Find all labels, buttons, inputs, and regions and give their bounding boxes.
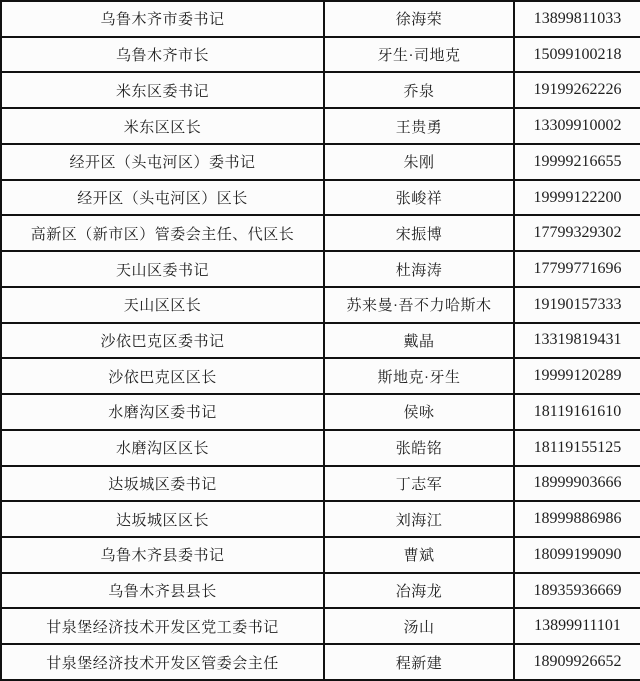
phone-cell: 13899911101 (514, 608, 640, 644)
name-cell: 汤山 (324, 608, 514, 644)
name-cell: 苏来曼·吾不力哈斯木 (324, 287, 514, 323)
position-cell: 沙依巴克区委书记 (1, 323, 324, 359)
table-row: 乌鲁木齐市委书记徐海荣13899811033 (1, 1, 640, 37)
position-cell: 米东区区长 (1, 108, 324, 144)
phone-cell: 13309910002 (514, 108, 640, 144)
position-cell: 天山区区长 (1, 287, 324, 323)
position-cell: 甘泉堡经济技术开发区管委会主任 (1, 644, 324, 680)
phone-cell: 18999886986 (514, 501, 640, 537)
table-row: 经开区（头屯河区）委书记朱刚19999216655 (1, 144, 640, 180)
name-cell: 宋振博 (324, 215, 514, 251)
phone-cell: 13899811033 (514, 1, 640, 37)
contact-table-body: 乌鲁木齐市委书记徐海荣13899811033乌鲁木齐市长牙生·司地克150991… (1, 1, 640, 680)
name-cell: 王贵勇 (324, 108, 514, 144)
name-cell: 斯地克·牙生 (324, 358, 514, 394)
name-cell: 冶海龙 (324, 573, 514, 609)
table-row: 经开区（头屯河区）区长张峻祥19999122200 (1, 180, 640, 216)
table-row: 天山区区长苏来曼·吾不力哈斯木19190157333 (1, 287, 640, 323)
phone-cell: 18099199090 (514, 537, 640, 573)
table-row: 达坂城区区长刘海江18999886986 (1, 501, 640, 537)
phone-cell: 15099100218 (514, 37, 640, 73)
table-row: 沙依巴克区委书记戴晶13319819431 (1, 323, 640, 359)
name-cell: 程新建 (324, 644, 514, 680)
position-cell: 高新区（新市区）管委会主任、代区长 (1, 215, 324, 251)
position-cell: 乌鲁木齐县委书记 (1, 537, 324, 573)
position-cell: 乌鲁木齐市长 (1, 37, 324, 73)
name-cell: 张峻祥 (324, 180, 514, 216)
table-row: 米东区委书记乔泉19199262226 (1, 72, 640, 108)
table-row: 乌鲁木齐县县长冶海龙18935936669 (1, 573, 640, 609)
contact-table: 乌鲁木齐市委书记徐海荣13899811033乌鲁木齐市长牙生·司地克150991… (0, 0, 640, 681)
name-cell: 刘海江 (324, 501, 514, 537)
table-row: 甘泉堡经济技术开发区管委会主任程新建18909926652 (1, 644, 640, 680)
name-cell: 侯咏 (324, 394, 514, 430)
position-cell: 乌鲁木齐市委书记 (1, 1, 324, 37)
phone-cell: 18909926652 (514, 644, 640, 680)
position-cell: 天山区委书记 (1, 251, 324, 287)
position-cell: 水磨沟区委书记 (1, 394, 324, 430)
table-row: 水磨沟区委书记侯咏18119161610 (1, 394, 640, 430)
table-row: 米东区区长王贵勇13309910002 (1, 108, 640, 144)
position-cell: 米东区委书记 (1, 72, 324, 108)
position-cell: 经开区（头屯河区）区长 (1, 180, 324, 216)
table-row: 达坂城区委书记丁志军18999903666 (1, 466, 640, 502)
position-cell: 沙依巴克区区长 (1, 358, 324, 394)
phone-cell: 18999903666 (514, 466, 640, 502)
position-cell: 达坂城区区长 (1, 501, 324, 537)
table-row: 乌鲁木齐市长牙生·司地克15099100218 (1, 37, 640, 73)
position-cell: 水磨沟区区长 (1, 430, 324, 466)
name-cell: 朱刚 (324, 144, 514, 180)
table-row: 乌鲁木齐县委书记曹斌18099199090 (1, 537, 640, 573)
position-cell: 达坂城区委书记 (1, 466, 324, 502)
name-cell: 曹斌 (324, 537, 514, 573)
position-cell: 甘泉堡经济技术开发区党工委书记 (1, 608, 324, 644)
table-row: 沙依巴克区区长斯地克·牙生19999120289 (1, 358, 640, 394)
name-cell: 徐海荣 (324, 1, 514, 37)
name-cell: 牙生·司地克 (324, 37, 514, 73)
table-row: 天山区委书记杜海涛17799771696 (1, 251, 640, 287)
table-row: 甘泉堡经济技术开发区党工委书记汤山13899911101 (1, 608, 640, 644)
name-cell: 戴晶 (324, 323, 514, 359)
phone-cell: 19199262226 (514, 72, 640, 108)
phone-cell: 18119161610 (514, 394, 640, 430)
phone-cell: 18935936669 (514, 573, 640, 609)
phone-cell: 17799771696 (514, 251, 640, 287)
phone-cell: 19190157333 (514, 287, 640, 323)
name-cell: 杜海涛 (324, 251, 514, 287)
name-cell: 乔泉 (324, 72, 514, 108)
table-row: 高新区（新市区）管委会主任、代区长宋振博17799329302 (1, 215, 640, 251)
table-row: 水磨沟区区长张皓铭18119155125 (1, 430, 640, 466)
position-cell: 乌鲁木齐县县长 (1, 573, 324, 609)
phone-cell: 17799329302 (514, 215, 640, 251)
phone-cell: 19999122200 (514, 180, 640, 216)
phone-cell: 19999216655 (514, 144, 640, 180)
name-cell: 张皓铭 (324, 430, 514, 466)
phone-cell: 19999120289 (514, 358, 640, 394)
name-cell: 丁志军 (324, 466, 514, 502)
phone-cell: 18119155125 (514, 430, 640, 466)
position-cell: 经开区（头屯河区）委书记 (1, 144, 324, 180)
phone-cell: 13319819431 (514, 323, 640, 359)
